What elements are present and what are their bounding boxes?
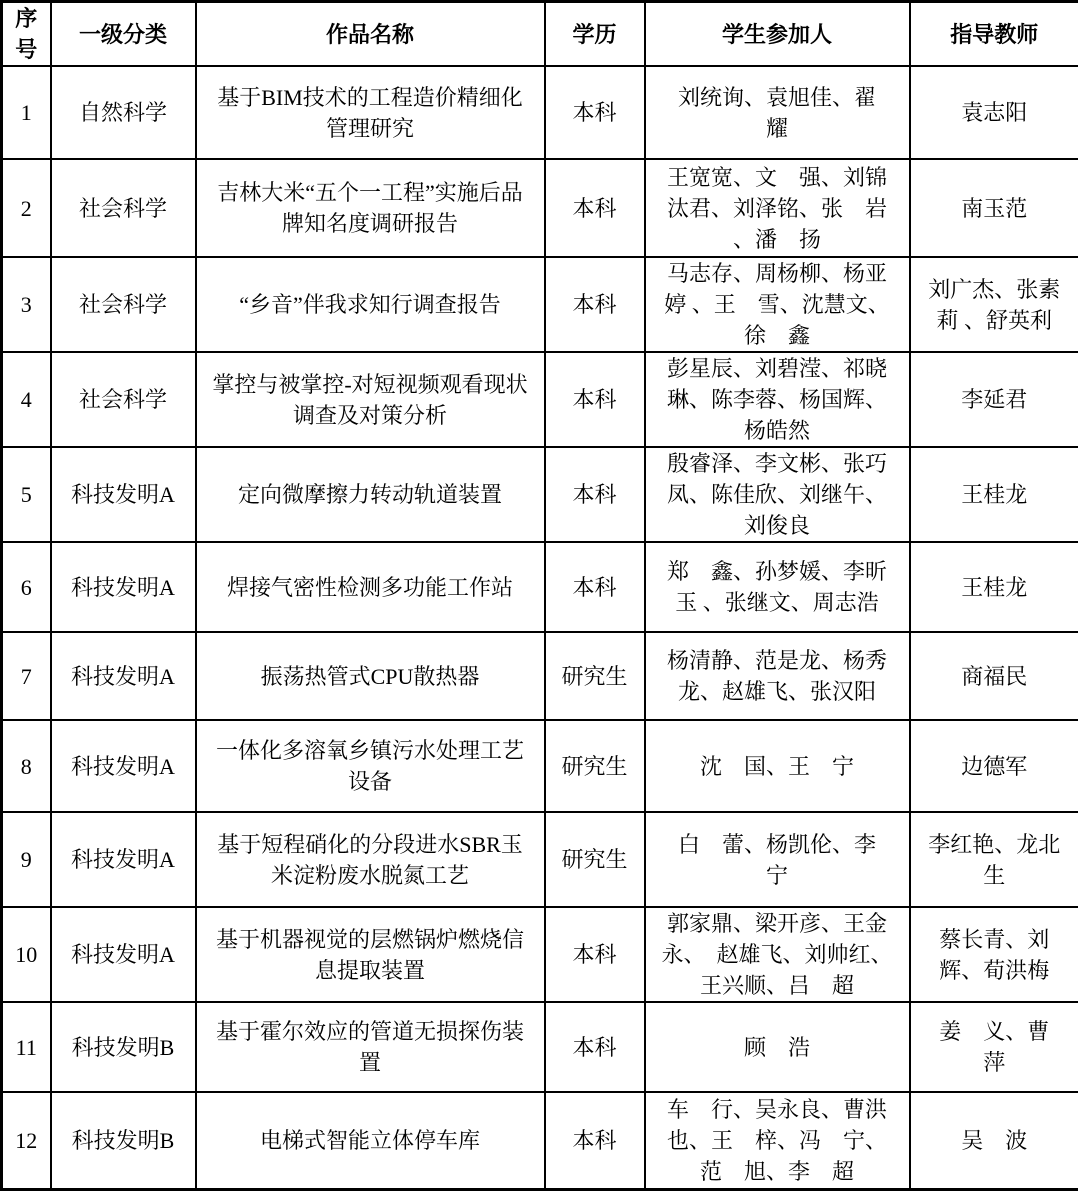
cell-title: “乡音”伴我求知行调查报告: [196, 257, 545, 352]
table-row: 5 科技发明A 定向微摩擦力转动轨道装置 本科 殷睿泽、李文彬、张巧凤、陈佳欣、…: [2, 447, 1078, 542]
table-row: 3 社会科学 “乡音”伴我求知行调查报告 本科 马志存、周杨柳、杨亚婷 、王 雪…: [2, 257, 1078, 352]
cell-title: 一体化多溶氧乡镇污水处理工艺设备: [196, 720, 545, 812]
cell-category: 科技发明B: [51, 1092, 196, 1189]
cell-category: 社会科学: [51, 352, 196, 447]
cell-title: 基于短程硝化的分段进水SBR玉米淀粉废水脱氮工艺: [196, 812, 545, 907]
cell-degree: 本科: [545, 1092, 645, 1189]
cell-teachers: 袁志阳: [910, 66, 1078, 159]
cell-title: 吉林大米“五个一工程”实施后品牌知名度调研报告: [196, 159, 545, 257]
column-header-degree: 学历: [545, 2, 645, 67]
cell-title: 振荡热管式CPU散热器: [196, 632, 545, 720]
cell-degree: 本科: [545, 159, 645, 257]
cell-teachers: 王桂龙: [910, 542, 1078, 632]
cell-no: 10: [2, 907, 51, 1002]
cell-category: 科技发明A: [51, 812, 196, 907]
cell-participants: 顾 浩: [645, 1002, 910, 1092]
cell-teachers: 王桂龙: [910, 447, 1078, 542]
cell-teachers: 刘广杰、张素莉 、舒英利: [910, 257, 1078, 352]
cell-title: 基于霍尔效应的管道无损探伤装置: [196, 1002, 545, 1092]
cell-teachers: 南玉范: [910, 159, 1078, 257]
cell-category: 社会科学: [51, 257, 196, 352]
cell-category: 科技发明A: [51, 720, 196, 812]
cell-no: 5: [2, 447, 51, 542]
cell-degree: 本科: [545, 66, 645, 159]
cell-title: 基于机器视觉的层燃锅炉燃烧信息提取装置: [196, 907, 545, 1002]
column-header-no: 序号: [2, 2, 51, 67]
table-row: 2 社会科学 吉林大米“五个一工程”实施后品牌知名度调研报告 本科 王宽宽、文 …: [2, 159, 1078, 257]
cell-no: 1: [2, 66, 51, 159]
cell-category: 科技发明A: [51, 907, 196, 1002]
table-row: 10 科技发明A 基于机器视觉的层燃锅炉燃烧信息提取装置 本科 郭家鼎、梁开彦、…: [2, 907, 1078, 1002]
cell-degree: 研究生: [545, 720, 645, 812]
awards-table: 序号 一级分类 作品名称 学历 学生参加人 指导教师 1 自然科学 基于BIM技…: [0, 0, 1078, 1191]
cell-no: 9: [2, 812, 51, 907]
cell-no: 12: [2, 1092, 51, 1189]
cell-participants: 郭家鼎、梁开彦、王金永、 赵雄飞、刘帅红、王兴顺、吕 超: [645, 907, 910, 1002]
cell-category: 社会科学: [51, 159, 196, 257]
column-header-category: 一级分类: [51, 2, 196, 67]
cell-degree: 本科: [545, 1002, 645, 1092]
table-row: 6 科技发明A 焊接气密性检测多功能工作站 本科 郑 鑫、孙梦媛、李昕玉 、张继…: [2, 542, 1078, 632]
cell-no: 4: [2, 352, 51, 447]
table-row: 7 科技发明A 振荡热管式CPU散热器 研究生 杨清静、范是龙、杨秀龙、赵雄飞、…: [2, 632, 1078, 720]
cell-teachers: 李延君: [910, 352, 1078, 447]
cell-category: 科技发明A: [51, 447, 196, 542]
table-row: 1 自然科学 基于BIM技术的工程造价精细化管理研究 本科 刘统询、袁旭佳、翟 …: [2, 66, 1078, 159]
cell-teachers: 姜 义、曹 萍: [910, 1002, 1078, 1092]
cell-degree: 本科: [545, 352, 645, 447]
cell-no: 11: [2, 1002, 51, 1092]
table-row: 9 科技发明A 基于短程硝化的分段进水SBR玉米淀粉废水脱氮工艺 研究生 白 蕾…: [2, 812, 1078, 907]
cell-category: 自然科学: [51, 66, 196, 159]
cell-category: 科技发明A: [51, 632, 196, 720]
cell-participants: 白 蕾、杨凯伦、李 宁: [645, 812, 910, 907]
cell-degree: 本科: [545, 907, 645, 1002]
cell-degree: 本科: [545, 257, 645, 352]
column-header-participants: 学生参加人: [645, 2, 910, 67]
cell-teachers: 蔡长青、刘 辉、荀洪梅: [910, 907, 1078, 1002]
cell-title: 电梯式智能立体停车库: [196, 1092, 545, 1189]
table-row: 4 社会科学 掌控与被掌控-对短视频观看现状调查及对策分析 本科 彭星辰、刘碧滢…: [2, 352, 1078, 447]
cell-no: 7: [2, 632, 51, 720]
cell-no: 8: [2, 720, 51, 812]
cell-title: 基于BIM技术的工程造价精细化管理研究: [196, 66, 545, 159]
header-row: 序号 一级分类 作品名称 学历 学生参加人 指导教师: [2, 2, 1078, 67]
cell-teachers: 李红艳、龙北生: [910, 812, 1078, 907]
cell-no: 2: [2, 159, 51, 257]
cell-title: 焊接气密性检测多功能工作站: [196, 542, 545, 632]
cell-degree: 本科: [545, 542, 645, 632]
table-row: 12 科技发明B 电梯式智能立体停车库 本科 车 行、吴永良、曹洪也、王 梓、冯…: [2, 1092, 1078, 1189]
cell-degree: 研究生: [545, 632, 645, 720]
cell-participants: 彭星辰、刘碧滢、祁晓琳、陈李蓉、杨国辉、杨皓然: [645, 352, 910, 447]
table-row: 11 科技发明B 基于霍尔效应的管道无损探伤装置 本科 顾 浩 姜 义、曹 萍: [2, 1002, 1078, 1092]
cell-category: 科技发明A: [51, 542, 196, 632]
cell-participants: 殷睿泽、李文彬、张巧凤、陈佳欣、刘继午、刘俊良: [645, 447, 910, 542]
cell-title: 定向微摩擦力转动轨道装置: [196, 447, 545, 542]
cell-teachers: 吴 波: [910, 1092, 1078, 1189]
cell-participants: 刘统询、袁旭佳、翟 耀: [645, 66, 910, 159]
cell-participants: 郑 鑫、孙梦媛、李昕玉 、张继文、周志浩: [645, 542, 910, 632]
cell-no: 3: [2, 257, 51, 352]
cell-no: 6: [2, 542, 51, 632]
cell-participants: 车 行、吴永良、曹洪也、王 梓、冯 宁、范 旭、李 超: [645, 1092, 910, 1189]
cell-degree: 本科: [545, 447, 645, 542]
cell-title: 掌控与被掌控-对短视频观看现状调查及对策分析: [196, 352, 545, 447]
cell-participants: 马志存、周杨柳、杨亚婷 、王 雪、沈慧文、徐 鑫: [645, 257, 910, 352]
cell-teachers: 边德军: [910, 720, 1078, 812]
cell-participants: 王宽宽、文 强、刘锦汰君、刘泽铭、张 岩、潘 扬: [645, 159, 910, 257]
cell-participants: 杨清静、范是龙、杨秀龙、赵雄飞、张汉阳: [645, 632, 910, 720]
cell-degree: 研究生: [545, 812, 645, 907]
cell-teachers: 商福民: [910, 632, 1078, 720]
table-row: 8 科技发明A 一体化多溶氧乡镇污水处理工艺设备 研究生 沈 国、王 宁 边德军: [2, 720, 1078, 812]
cell-participants: 沈 国、王 宁: [645, 720, 910, 812]
column-header-title: 作品名称: [196, 2, 545, 67]
column-header-teachers: 指导教师: [910, 2, 1078, 67]
cell-category: 科技发明B: [51, 1002, 196, 1092]
